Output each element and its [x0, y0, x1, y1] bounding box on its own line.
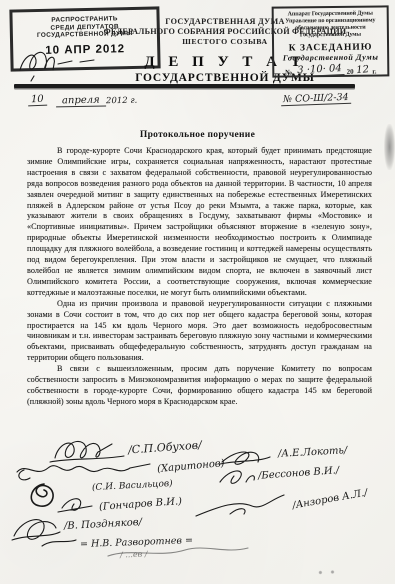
paragraph-3: В связи с вышеизложенным, просим дать по…: [27, 364, 372, 408]
handwritten-day: 10: [28, 94, 47, 107]
signature-scrawl: [50, 441, 124, 462]
signature-scrawl: [58, 499, 92, 512]
signature-name: / ...ев /: [120, 550, 148, 560]
paragraph-1: В городе-курорте Сочи Краснодарского кра…: [27, 146, 372, 299]
signature-name: (С.И. Васильцов): [92, 479, 173, 493]
signature-name: (Харитонов): [157, 458, 225, 475]
number-handwritten: 3 ·10· 04: [295, 63, 344, 77]
signature-scrawl: [12, 520, 60, 540]
document-title: Протокольное поручение: [0, 130, 395, 140]
signature-scrawl: [42, 540, 76, 546]
document-body: В городе-курорте Сочи Краснодарского кра…: [27, 146, 372, 408]
stamp-line: Государственной Думы: [274, 31, 387, 39]
signature-name: = Н.В. Разворотнев =: [80, 535, 193, 550]
signature-name: /Анзоров А.Л./: [292, 487, 369, 511]
year-suffix: г.: [372, 68, 376, 76]
signature-scrawl: [196, 495, 284, 516]
signature-name: /В. Поздняков/: [64, 517, 142, 532]
handwritten-month: апреля: [56, 95, 106, 108]
stamp-org: Государственной Думы: [274, 52, 387, 62]
session-stamp: Аппарат Государственной Думы Управление …: [272, 5, 390, 77]
scanned-document-page: РАСПРОСТРАНИТЬ СРЕДИ ДЕПУТАТОВ ГОСУДАРСТ…: [0, 0, 395, 584]
signature-name: /С.П.Обухов/: [128, 438, 202, 456]
letterhead-divider: [14, 84, 355, 88]
signature-name: (Гончаров В.И.): [99, 496, 183, 513]
year-handwritten: 12: [356, 64, 370, 76]
scan-dots: [316, 570, 338, 575]
stamp-number-row: № 3 ·10· 04 20 12 г.: [274, 63, 387, 76]
handwritten-doc-number: № СО-Ш/2-34: [281, 92, 351, 106]
signature-scrawl: [220, 452, 270, 464]
signature-scrawl: [17, 464, 150, 480]
signature-name: /А.Е.Локоть/: [278, 445, 348, 460]
number-label: №: [285, 68, 292, 76]
handwritten-year: 2012 г.: [106, 96, 138, 107]
year-label: 20: [347, 68, 354, 76]
paragraph-2: Одна из причин произвола и правовой неур…: [27, 299, 372, 364]
signature-scrawl: [220, 471, 254, 483]
signature-scrawl: [31, 484, 53, 506]
signature-name: /Бессонов В.И./: [258, 465, 340, 482]
